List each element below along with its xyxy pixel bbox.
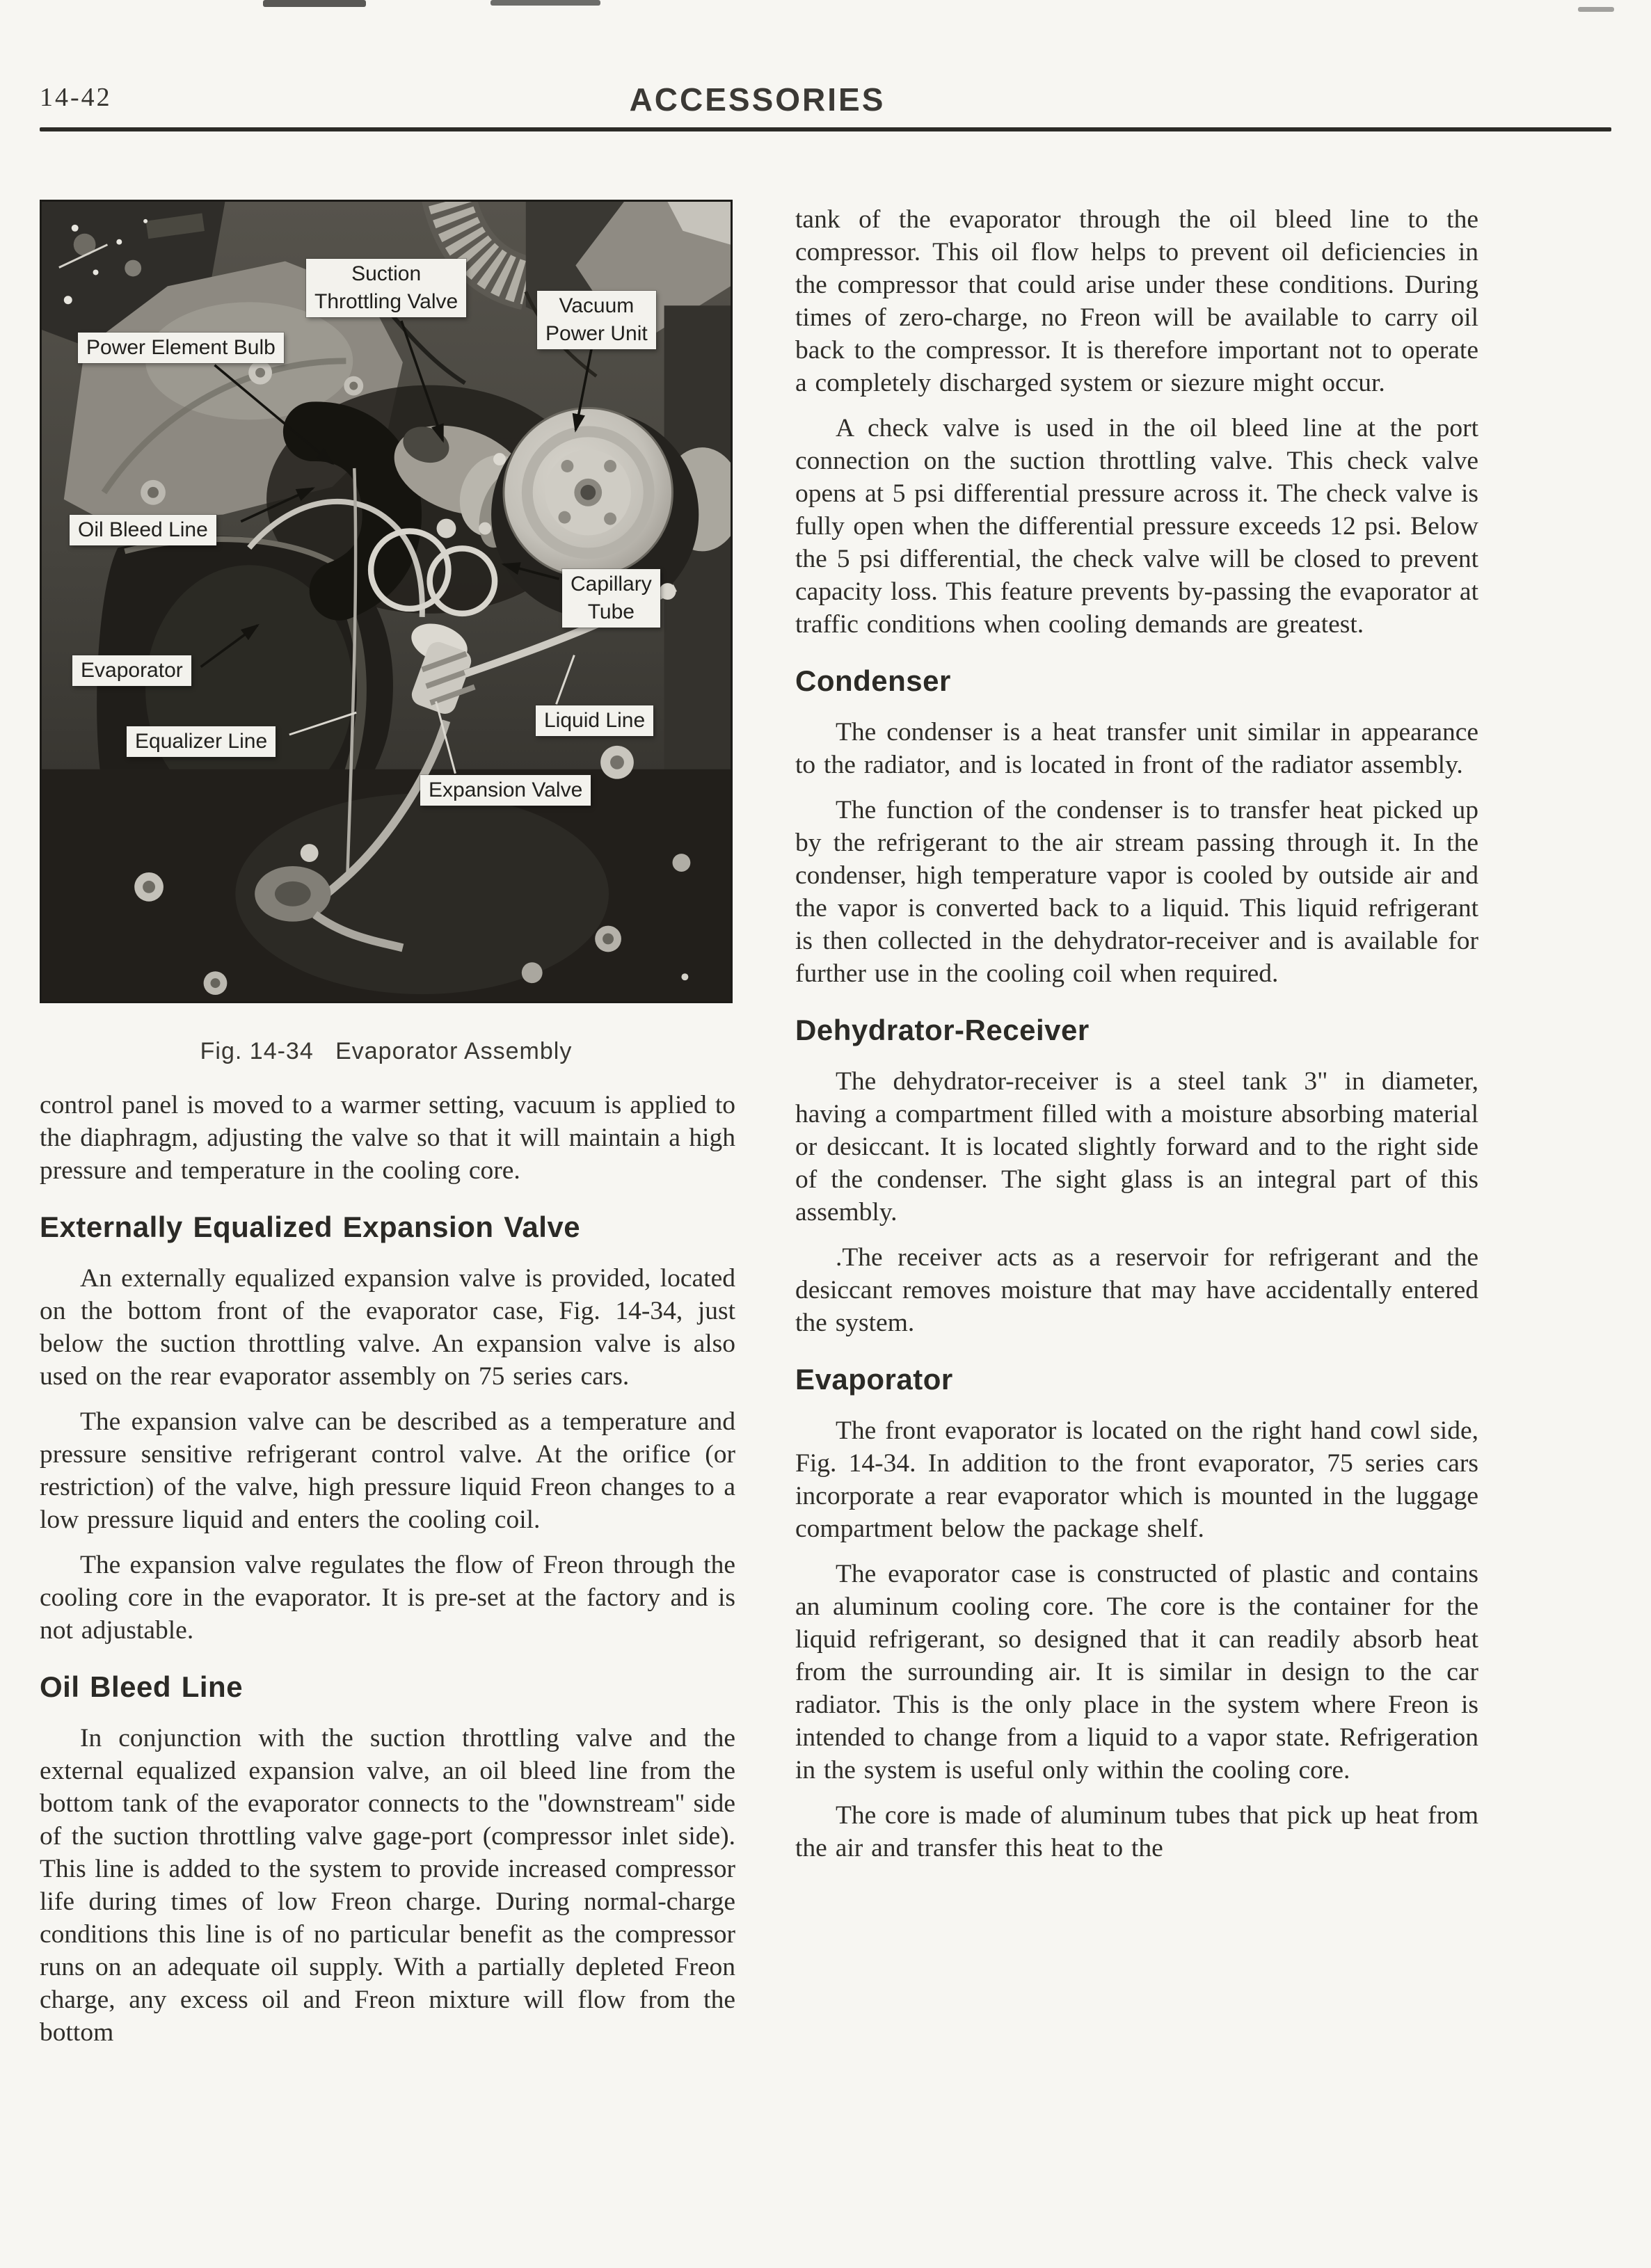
figure-label-vacuum-power-unit: Vacuum Power Unit — [537, 291, 656, 349]
paragraph-continued: tank of the evaporator through the oil b… — [795, 203, 1478, 399]
paragraph: .The receiver acts as a reservoir for re… — [795, 1241, 1478, 1339]
paragraph: The dehydrator-receiver is a steel tank … — [795, 1065, 1478, 1229]
figure-label-evaporator: Evaporator — [72, 655, 191, 686]
arrow-oil-bleed-line — [241, 488, 312, 522]
figure-evaporator-assembly: Suction Throttling Valve Vacuum Power Un… — [40, 200, 733, 1003]
paragraph: An externally equalized expansion valve … — [40, 1262, 735, 1393]
figure-label-suction-throttling-valve: Suction Throttling Valve — [306, 259, 466, 317]
pointer-expansion-valve — [436, 701, 456, 773]
figure-label-oil-bleed-line: Oil Bleed Line — [70, 515, 216, 545]
figure-label-power-element-bulb: Power Element Bulb — [78, 333, 284, 363]
section-heading-evaporator: Evaporator — [795, 1361, 1478, 1398]
arrow-capillary-tube — [504, 564, 559, 579]
paragraph: The expansion valve can be described as … — [40, 1405, 735, 1536]
figure-label-capillary-tube: Capillary Tube — [562, 569, 660, 628]
paragraph: The evaporator case is constructed of pl… — [795, 1558, 1478, 1787]
section-heading-oil-bleed-line: Oil Bleed Line — [40, 1669, 735, 1705]
section-heading-dehydrator-receiver: Dehydrator-Receiver — [795, 1012, 1478, 1048]
label-line: Throttling Valve — [314, 288, 458, 316]
scan-artifact — [1578, 7, 1614, 12]
scan-artifact — [490, 0, 600, 6]
paragraph: A check valve is used in the oil bleed l… — [795, 412, 1478, 641]
section-heading-condenser: Condenser — [795, 663, 1478, 699]
left-column: control panel is moved to a warmer setti… — [40, 1089, 735, 2049]
section-heading-externally-equalized-expansion-valve: Externally Equalized Expansion Valve — [40, 1209, 735, 1245]
paragraph-continued: control panel is moved to a warmer setti… — [40, 1089, 735, 1187]
label-line: Tube — [571, 598, 652, 626]
right-column: tank of the evaporator through the oil b… — [795, 203, 1478, 1864]
figure-caption: Fig. 14-34 Evaporator Assembly — [40, 1038, 733, 1065]
paragraph: The core is made of aluminum tubes that … — [795, 1799, 1478, 1864]
paragraph: The function of the condenser is to tran… — [795, 794, 1478, 990]
figure-label-expansion-valve: Expansion Valve — [420, 775, 591, 806]
page-title: ACCESSORIES — [40, 81, 1475, 118]
arrow-power-element-bulb — [214, 365, 332, 463]
figure-label-equalizer-line: Equalizer Line — [127, 726, 276, 757]
header-rule — [40, 127, 1611, 131]
figure-label-liquid-line: Liquid Line — [536, 705, 653, 736]
pointer-liquid-line — [557, 655, 575, 705]
pointer-equalizer-line — [289, 712, 356, 735]
label-line: Vacuum — [545, 292, 648, 320]
arrow-evaporator — [201, 625, 258, 667]
label-line: Suction — [314, 260, 458, 288]
paragraph: In conjunction with the suction throttli… — [40, 1722, 735, 2049]
scan-artifact — [263, 0, 366, 7]
label-line: Capillary — [571, 570, 652, 598]
paragraph: The condenser is a heat transfer unit si… — [795, 716, 1478, 781]
paragraph: The expansion valve regulates the flow o… — [40, 1549, 735, 1647]
arrow-suction-throttling-valve — [401, 321, 443, 440]
manual-page: 14-42 ACCESSORIES — [0, 0, 1651, 2268]
label-line: Power Unit — [545, 320, 648, 348]
arrow-vacuum-power-unit — [575, 349, 591, 430]
paragraph: The front evaporator is located on the r… — [795, 1414, 1478, 1545]
